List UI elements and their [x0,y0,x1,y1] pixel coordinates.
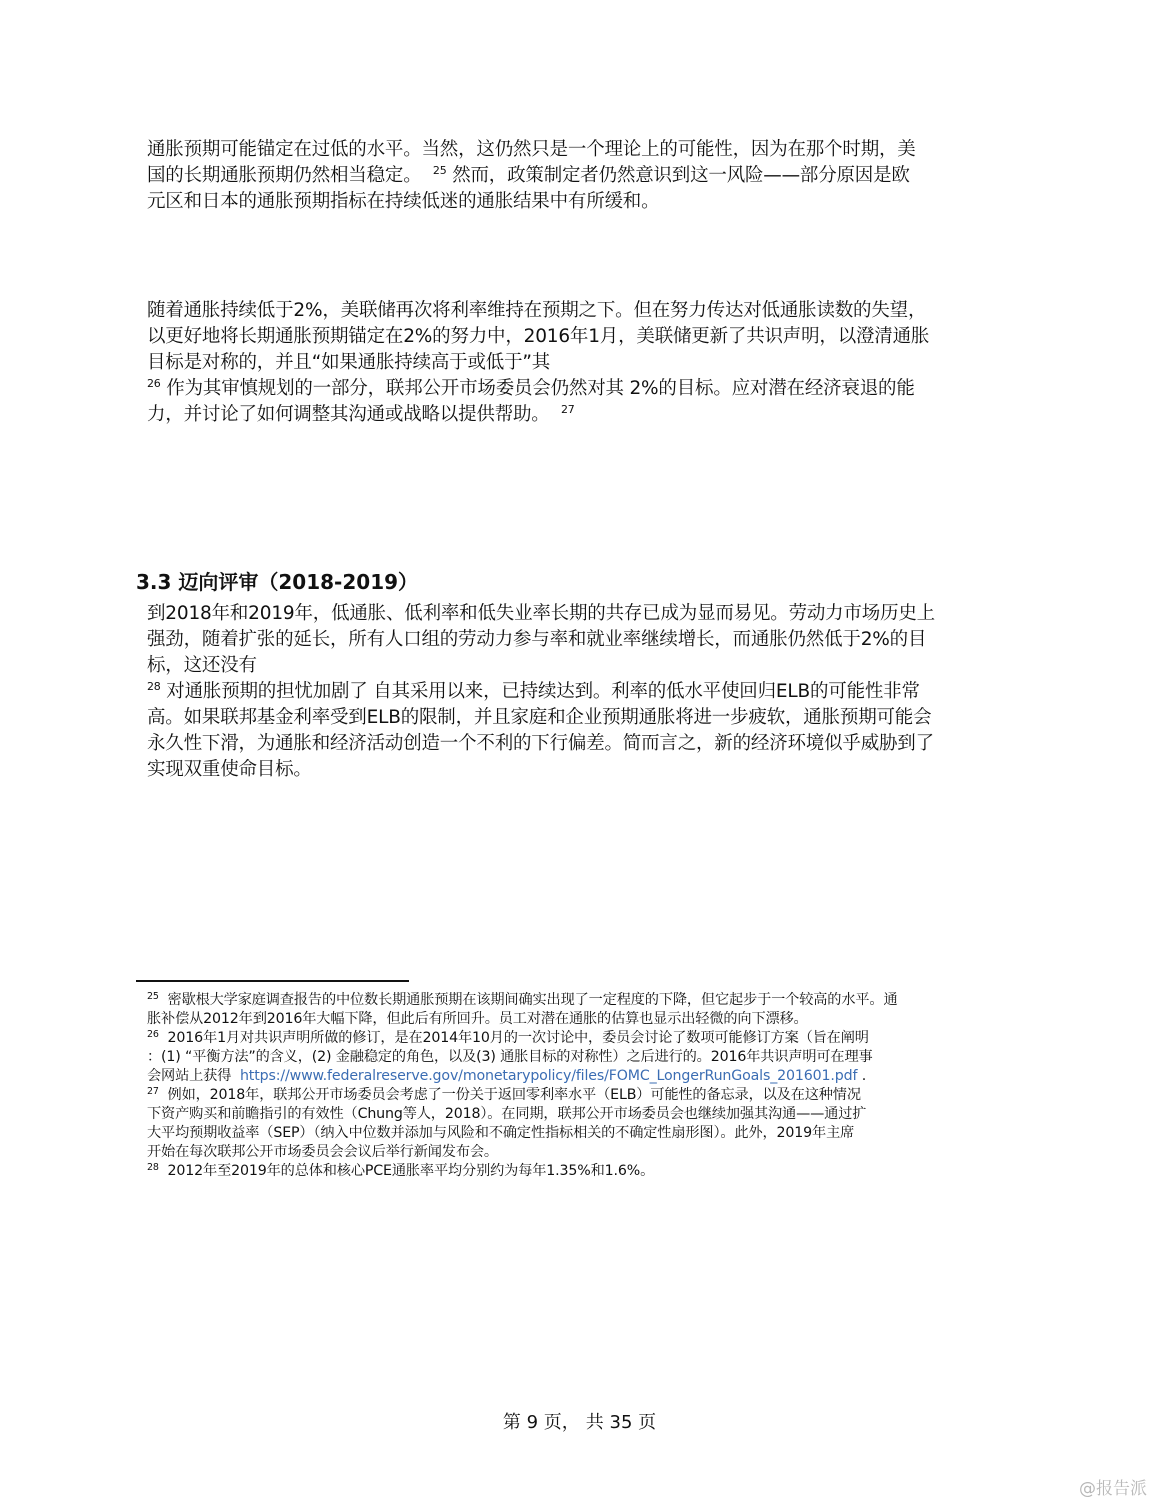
footnote-28: 28 2012年至2019年的总体和核心PCE通胀率平均分别约为每年1.35%和… [147,1162,1027,1181]
text-line: 高。如果联邦基金利率受到ELB的限制，并且家庭和企业预期通胀将进一步疲软，通胀预… [147,705,1027,731]
text-line: 25 密歇根大学家庭调查报告的中位数长期通胀预期在该期间确实出现了一定程度的下降… [147,991,1027,1010]
text-line: 26 作为其审慎规划的一部分，联邦公开市场委员会仍然对其 2%的目标。应对潜在经… [147,376,1027,402]
page-number: 第 9 页，共 35 页 [0,1408,1159,1434]
footnote-ref-25[interactable]: 25 [433,164,447,177]
text-line: 随着通胀持续低于2%，美联储再次将利率维持在预期之下。但在努力传达对低通胀读数的… [147,298,1027,324]
footnote-27: 27 例如，2018年，联邦公开市场委员会考虑了一份关于返回零利率水平（ELB）… [147,1086,1027,1162]
text-span: 2016年1月对共识声明所做的修订，是在2014年10月的一次讨论中，委员会讨论… [168,1030,869,1046]
text-line: 胀补偿从2012年到2016年大幅下降，但此后有所回升。员工对潜在通胀的估算也显… [147,1010,1027,1029]
text-span: 密歇根大学家庭调查报告的中位数长期通胀预期在该期间确实出现了一定程度的下降，但它… [168,992,898,1008]
text-line: 大平均预期收益率（SEP）（纳入中位数并添加与风险和不确定性指标相关的不确定性扇… [147,1124,1027,1143]
text-line: 开始在每次联邦公开市场委员会会议后举行新闻发布会。 [147,1143,1027,1162]
footnote-25: 25 密歇根大学家庭调查报告的中位数长期通胀预期在该期间确实出现了一定程度的下降… [147,991,1027,1029]
text-line: 以更好地将长期通胀预期锚定在2%的努力中，2016年1月，美联储更新了共识声明，… [147,324,1027,350]
text-line: 目标是对称的，并且“如果通胀持续高于或低于”其 [147,350,1027,376]
text-line: 通胀预期可能锚定在过低的水平。当然，这仍然只是一个理论上的可能性，因为在那个时期… [147,137,1027,163]
footnote-ref-28[interactable]: 28 [147,680,161,693]
text-line: 27 例如，2018年，联邦公开市场委员会考虑了一份关于返回零利率水平（ELB）… [147,1086,1027,1105]
fomc-goals-link[interactable]: https://www.federalreserve.gov/monetaryp… [240,1068,857,1084]
text-span: 力，并讨论了如何调整其沟通或战略以提供帮助。 [147,404,550,425]
text-line: 28 对通胀预期的担忧加剧了 自其采用以来，已持续达到。利率的低水平使回归ELB… [147,679,1027,705]
text-line: 标，这还没有 [147,653,1027,679]
text-span: . [857,1068,866,1084]
footnote-divider [136,980,409,982]
page-current: 第 9 页， [503,1408,580,1434]
footnote-number: 26 [147,1029,159,1040]
text-line: 元区和日本的通胀预期指标在持续低迷的通胀结果中有所缓和。 [147,189,1027,215]
text-line: 会网站上获得 https://www.federalreserve.gov/mo… [147,1067,1027,1086]
text-line: 到2018年和2019年，低通胀、低利率和低失业率长期的共存已成为显而易见。劳动… [147,601,1027,627]
text-span: 例如，2018年，联邦公开市场委员会考虑了一份关于返回零利率水平（ELB）可能性… [168,1087,861,1103]
text-line: 强劲，随着扩张的延长，所有人口组的劳动力参与率和就业率继续增长，而通胀仍然低于2… [147,627,1027,653]
text-line: 下资产购买和前瞻指引的有效性（Chung等人，2018）。在同期，联邦公开市场委… [147,1105,1027,1124]
text-line: 永久性下滑，为通胀和经济活动创造一个不利的下行偏差。简而言之，新的经济环境似乎威… [147,731,1027,757]
footnote-26: 26 2016年1月对共识声明所做的修订，是在2014年10月的一次讨论中，委员… [147,1029,1027,1086]
text-span: 然而，政策制定者仍然意识到这一风险——部分原因是欧 [452,165,910,186]
text-span: 对通胀预期的担忧加剧了 自其采用以来，已持续达到。利率的低水平使回归ELB的可能… [166,681,919,702]
footnote-ref-27[interactable]: 27 [561,403,575,416]
page-total: 共 35 页 [586,1408,656,1434]
paragraph-inflation-expectations: 通胀预期可能锚定在过低的水平。当然，这仍然只是一个理论上的可能性，因为在那个时期… [147,137,1027,215]
text-line: ：(1) “平衡方法”的含义，(2) 金融稳定的角色，以及(3) 通胀目标的对称… [147,1048,1027,1067]
footnote-ref-26[interactable]: 26 [147,377,161,390]
text-span: 国的长期通胀预期仍然相当稳定。 [147,165,422,186]
section-heading: 3.3 迈向评审（2018-2019） [136,566,418,595]
text-line: 28 2012年至2019年的总体和核心PCE通胀率平均分别约为每年1.35%和… [147,1162,1027,1181]
text-span: 会网站上获得 [147,1068,231,1084]
text-line: 力，并讨论了如何调整其沟通或战略以提供帮助。 27 [147,402,1027,428]
text-span: 2012年至2019年的总体和核心PCE通胀率平均分别约为每年1.35%和1.6… [168,1163,655,1179]
footnotes: 25 密歇根大学家庭调查报告的中位数长期通胀预期在该期间确实出现了一定程度的下降… [147,991,1027,1181]
paragraph-2016-statement: 随着通胀持续低于2%，美联储再次将利率维持在预期之下。但在努力传达对低通胀读数的… [147,298,1027,428]
footnote-number: 25 [147,991,159,1002]
paragraph-review-2018-2019: 到2018年和2019年，低通胀、低利率和低失业率长期的共存已成为显而易见。劳动… [147,601,1027,783]
text-span: 作为其审慎规划的一部分，联邦公开市场委员会仍然对其 2%的目标。应对潜在经济衰退… [166,378,914,399]
text-line: 国的长期通胀预期仍然相当稳定。 25 然而，政策制定者仍然意识到这一风险——部分… [147,163,1027,189]
text-line: 实现双重使命目标。 [147,757,1027,783]
text-line: 26 2016年1月对共识声明所做的修订，是在2014年10月的一次讨论中，委员… [147,1029,1027,1048]
watermark: @报告派 [1079,1474,1147,1499]
footnote-number: 28 [147,1162,159,1173]
footnote-number: 27 [147,1086,159,1097]
